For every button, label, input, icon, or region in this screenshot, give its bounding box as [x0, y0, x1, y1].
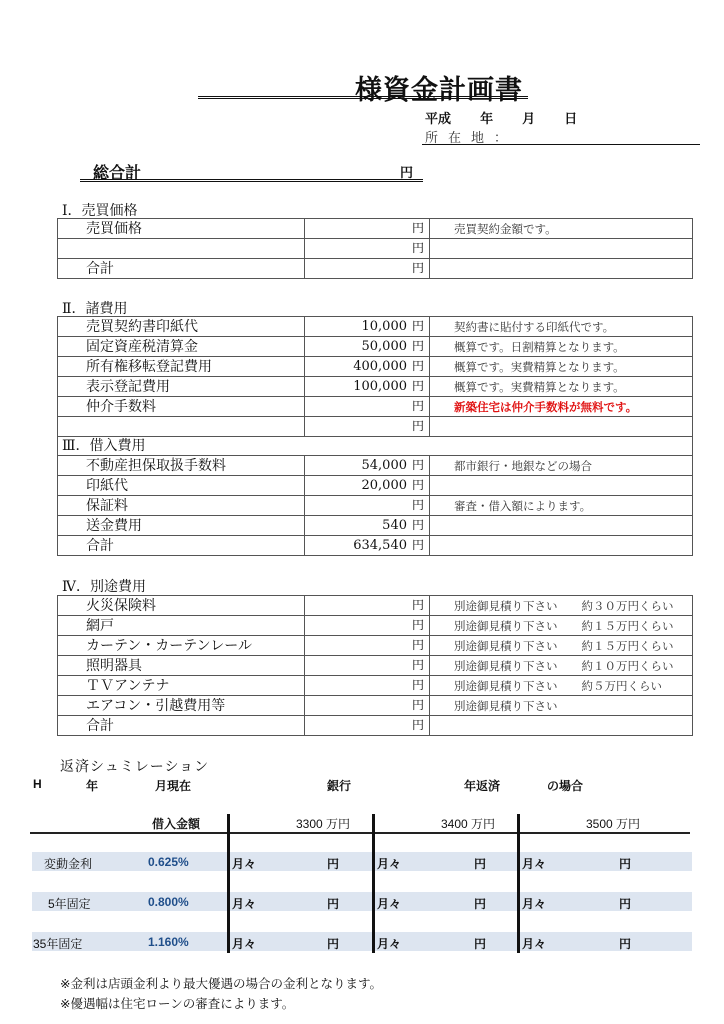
sim-header-case: の場合 [547, 777, 583, 794]
monthly-label: 月々 [377, 855, 401, 872]
sim-header-bank: 銀行 [327, 777, 351, 794]
row-unit: 円 [407, 377, 429, 395]
monthly-label: 月々 [522, 895, 546, 912]
rate-value: 0.625% [148, 855, 189, 869]
table-row: 表示登記費用 100,000円 概算です。実費精算となります。 [58, 377, 693, 397]
row-amount: 10,000 [362, 318, 408, 336]
row-label: 固定資産税清算金 [58, 337, 305, 357]
table-row: 固定資産税清算金 50,000円 概算です。日割精算となります。 [58, 337, 693, 357]
row-note: 概算です。日割精算となります。 [430, 337, 693, 357]
row-unit: 円 [407, 616, 429, 634]
row-unit: 円 [407, 259, 429, 277]
row-label: 火災保険料 [58, 596, 305, 616]
rate-value: 1.160% [148, 935, 189, 949]
section-title-other: Ⅳ．別途費用 [62, 576, 146, 596]
row-note: 別途御見積り下さい [454, 659, 558, 673]
sim-header-year: 年 [86, 777, 98, 794]
document-title: 様資金計画書 [355, 68, 523, 107]
row-unit: 円 [407, 696, 429, 714]
section-title-expenses: Ⅱ．諸費用 [62, 298, 128, 318]
monthly-label: 月々 [377, 935, 401, 952]
table-row: カーテン・カーテンレール 円 別途御見積り下さい約１５万円くらい [58, 636, 693, 656]
sim-header-years: 年返済 [464, 777, 500, 794]
table-row: 網戸 円 別途御見積り下さい約１５万円くらい [58, 616, 693, 636]
row-unit: 円 [407, 239, 429, 257]
row-note: 審査・借入額によります。 [430, 496, 693, 516]
row-note: 都市銀行・地銀などの場合 [430, 456, 693, 476]
row-estimate: 約１５万円くらい [582, 637, 674, 655]
row-label: 合計 [58, 716, 305, 736]
month-label: 月 [522, 108, 535, 127]
monthly-label: 月々 [232, 895, 256, 912]
loan-amount-1: 3300 万円 [296, 815, 350, 832]
table-row: 売買契約書印紙代 10,000円 契約書に貼付する印紙代です。 [58, 317, 693, 337]
row-label: 売買契約書印紙代 [58, 317, 305, 337]
monthly-label: 月々 [522, 855, 546, 872]
table-row: 火災保険料 円 別途御見積り下さい約３０万円くらい [58, 596, 693, 616]
row-amount: 100,000 [353, 378, 407, 396]
table-row: 照明器具 円 別途御見積り下さい約１０万円くらい [58, 656, 693, 676]
row-label: カーテン・カーテンレール [58, 636, 305, 656]
day-label: 日 [564, 108, 577, 127]
row-note: 別途御見積り下さい [454, 599, 558, 613]
title-underline [198, 96, 528, 99]
row-label: 所有権移転登記費用 [58, 357, 305, 377]
section-title-purchase: Ⅰ．売買価格 [62, 200, 138, 220]
row-label: 照明器具 [58, 656, 305, 676]
row-note: 別途御見積り下さい [454, 679, 558, 693]
table-row: 不動産担保取扱手数料 54,000円 都市銀行・地銀などの場合 [58, 456, 693, 476]
table-row: 合計 円 [58, 259, 693, 279]
row-amount: 20,000 [362, 477, 408, 495]
row-label: 合計 [58, 536, 305, 556]
yen-unit: 円 [474, 855, 486, 872]
table-row: 円 [58, 417, 693, 437]
row-unit: 円 [407, 456, 429, 474]
expenses-table: 売買契約書印紙代 10,000円 契約書に貼付する印紙代です。 固定資産税清算金… [57, 316, 693, 556]
row-amount: 400,000 [353, 358, 407, 376]
row-unit: 円 [407, 536, 429, 554]
row-unit: 円 [407, 476, 429, 494]
monthly-label: 月々 [232, 935, 256, 952]
purchase-price-table: 売買価格 円 売買契約金額です。 円 合計 円 [57, 218, 693, 279]
table-row: 売買価格 円 売買契約金額です。 [58, 219, 693, 239]
row-unit: 円 [407, 716, 429, 734]
footnote-preferential: ※優遇幅は住宅ローンの審査によります。 [60, 994, 294, 1012]
row-note: 契約書に貼付する印紙代です。 [430, 317, 693, 337]
table-row: 仲介手数料 円 新築住宅は仲介手数料が無料です。 [58, 397, 693, 417]
row-unit: 円 [407, 676, 429, 694]
yen-unit: 円 [474, 895, 486, 912]
row-amount: 54,000 [362, 457, 408, 475]
row-unit: 円 [407, 636, 429, 654]
row-unit: 円 [407, 656, 429, 674]
table-row: 合計 円 [58, 716, 693, 736]
row-unit: 円 [407, 516, 429, 534]
era-label: 平成 [425, 108, 451, 127]
column-divider [517, 814, 520, 953]
section-header-row: Ⅲ．借入費用 [58, 437, 693, 456]
rate-row-band [32, 892, 692, 911]
row-unit: 円 [407, 219, 429, 237]
row-label [58, 417, 305, 437]
row-estimate: 約５万円くらい [582, 677, 663, 695]
loan-amount-3: 3500 万円 [586, 815, 640, 832]
loan-amount-2: 3400 万円 [441, 815, 495, 832]
yen-unit: 円 [474, 935, 486, 952]
row-unit: 円 [407, 397, 429, 415]
row-estimate: 約３０万円くらい [582, 597, 674, 615]
monthly-label: 月々 [232, 855, 256, 872]
row-note [430, 476, 693, 496]
date-field: 平成 年 月 日 [425, 108, 577, 127]
row-note: 概算です。実費精算となります。 [430, 357, 693, 377]
row-note: 別途御見積り下さい [454, 619, 558, 633]
row-amount: 50,000 [362, 338, 408, 356]
row-label: 送金費用 [58, 516, 305, 536]
other-expenses-table: 火災保険料 円 別途御見積り下さい約３０万円くらい 網戸 円 別途御見積り下さい… [57, 595, 693, 736]
row-estimate: 約１５万円くらい [582, 617, 674, 635]
row-unit: 円 [407, 337, 429, 355]
row-estimate: 約１０万円くらい [582, 657, 674, 675]
row-label: 表示登記費用 [58, 377, 305, 397]
row-amount: 634,540 [353, 537, 407, 555]
row-label: 保証料 [58, 496, 305, 516]
table-row: 保証料 円 審査・借入額によります。 [58, 496, 693, 516]
rate-row-band [32, 932, 692, 951]
row-label [58, 239, 305, 259]
row-note [430, 239, 693, 259]
grand-total-underline [80, 179, 423, 182]
row-note-highlight: 新築住宅は仲介手数料が無料です。 [430, 397, 693, 417]
table-row: 円 [58, 239, 693, 259]
column-divider [372, 814, 375, 953]
rate-type: 35年固定 [33, 935, 82, 952]
yen-unit: 円 [619, 855, 631, 872]
row-unit: 円 [407, 417, 429, 435]
monthly-label: 月々 [522, 935, 546, 952]
rate-value: 0.800% [148, 895, 189, 909]
rate-row-band [32, 852, 692, 871]
table-row: 所有権移転登記費用 400,000円 概算です。実費精算となります。 [58, 357, 693, 377]
section-title-borrowing: Ⅲ．借入費用 [58, 437, 693, 456]
row-label: 印紙代 [58, 476, 305, 496]
yen-unit: 円 [619, 935, 631, 952]
simulation-title: 返済シュミレーション [60, 756, 209, 776]
sim-header-divider [30, 832, 690, 834]
row-unit: 円 [407, 317, 429, 335]
row-label: 売買価格 [58, 219, 305, 239]
rate-type: 5年固定 [48, 895, 91, 912]
row-label: 合計 [58, 259, 305, 279]
row-unit: 円 [407, 596, 429, 614]
row-note: 売買契約金額です。 [430, 219, 693, 239]
row-amount: 540 [382, 517, 407, 535]
row-note: 別途御見積り下さい [454, 699, 558, 713]
yen-unit: 円 [619, 895, 631, 912]
monthly-label: 月々 [377, 895, 401, 912]
loan-amount-label: 借入金額 [152, 815, 200, 832]
year-label: 年 [480, 108, 493, 127]
yen-unit: 円 [327, 855, 339, 872]
row-unit: 円 [407, 496, 429, 514]
column-divider [227, 814, 230, 953]
yen-unit: 円 [327, 895, 339, 912]
location-underline [422, 144, 700, 145]
row-note [430, 417, 693, 437]
table-row: 印紙代 20,000円 [58, 476, 693, 496]
yen-unit: 円 [327, 935, 339, 952]
sim-header-month: 月現在 [155, 777, 191, 794]
row-label: 不動産担保取扱手数料 [58, 456, 305, 476]
row-note [430, 259, 693, 279]
sim-header-era: H [33, 777, 42, 791]
table-row: 合計 634,540円 [58, 536, 693, 556]
table-row: 送金費用 540円 [58, 516, 693, 536]
row-label: エアコン・引越費用等 [58, 696, 305, 716]
row-note [430, 536, 693, 556]
row-unit: 円 [407, 357, 429, 375]
table-row: ＴＶアンテナ 円 別途御見積り下さい約５万円くらい [58, 676, 693, 696]
row-label: ＴＶアンテナ [58, 676, 305, 696]
footnote-rate: ※金利は店頭金利より最大優遇の場合の金利となります。 [60, 974, 382, 992]
row-note [430, 516, 693, 536]
rate-type: 変動金利 [44, 855, 92, 872]
row-label: 仲介手数料 [58, 397, 305, 417]
row-note: 概算です。実費精算となります。 [430, 377, 693, 397]
row-label: 網戸 [58, 616, 305, 636]
table-row: エアコン・引越費用等 円 別途御見積り下さい [58, 696, 693, 716]
row-note: 別途御見積り下さい [454, 639, 558, 653]
